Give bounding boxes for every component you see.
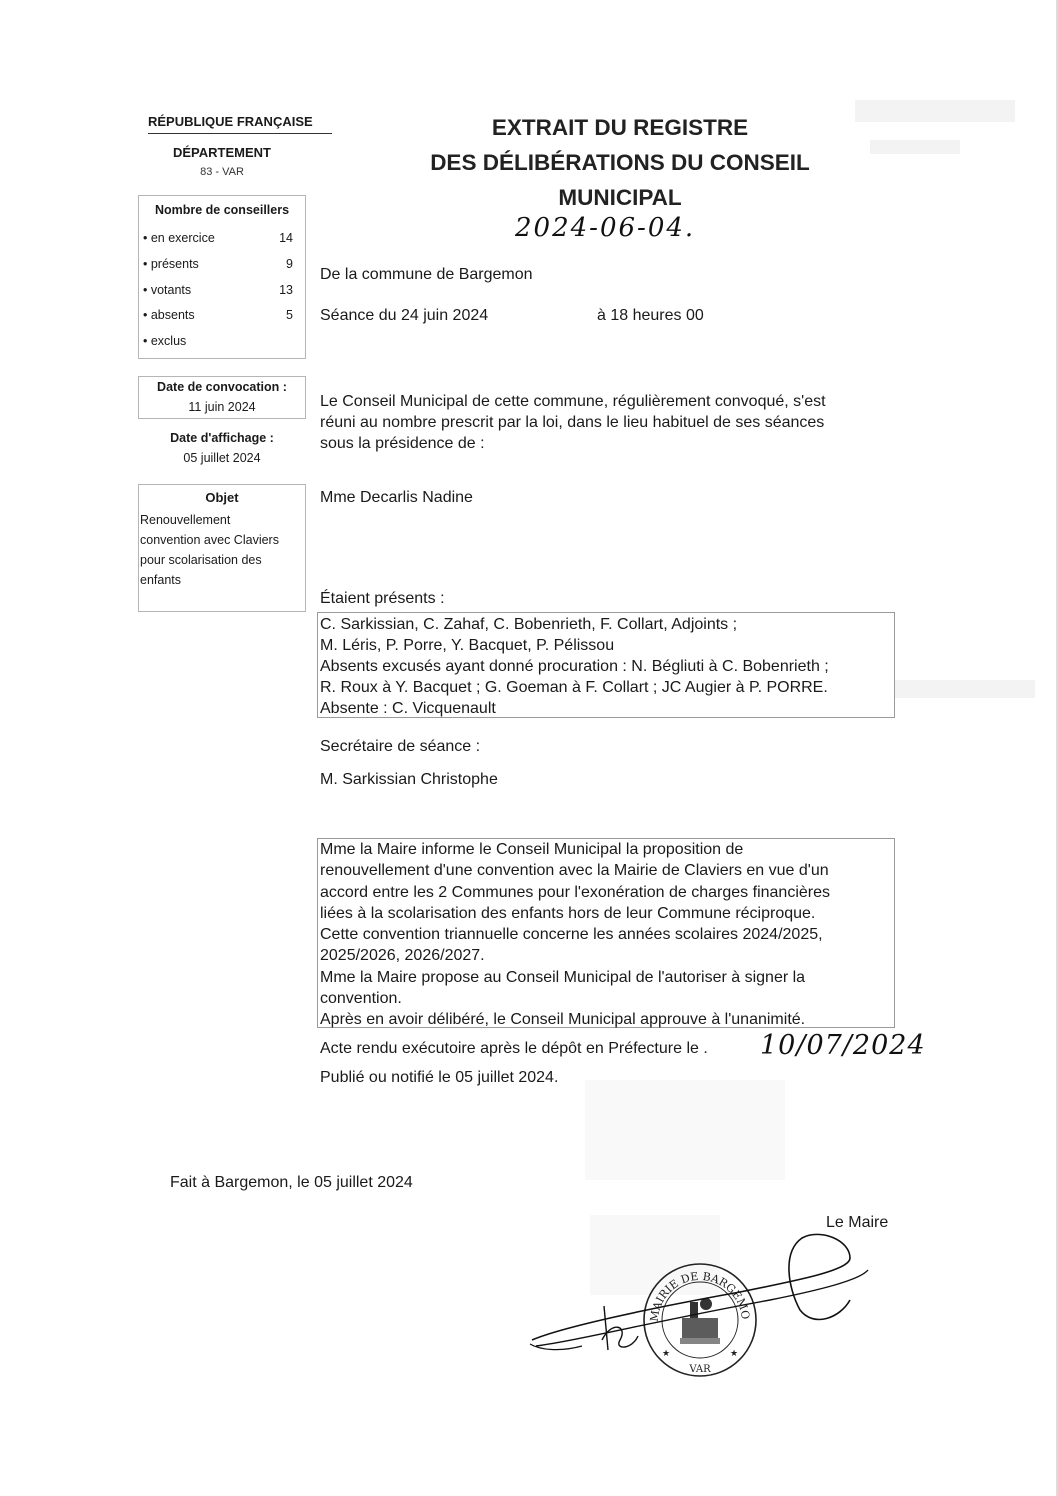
objet-line: Renouvellement: [140, 510, 306, 530]
seance-heure: à 18 heures 00: [597, 307, 704, 325]
presents-line: Absente : C. Vicquenault: [320, 698, 894, 719]
handwritten-reference: 2024-06-04.: [515, 213, 695, 243]
deliberation-line: convention.: [320, 988, 894, 1009]
deliberation-line: Mme la Maire informe le Conseil Municipa…: [320, 839, 894, 860]
affichage-date: 05 juillet 2024: [138, 451, 306, 465]
presents-line: C. Sarkissian, C. Zahaf, C. Bobenrieth, …: [320, 614, 894, 635]
row-value: 13: [279, 283, 293, 297]
row-value: 14: [279, 231, 293, 245]
commune-line: De la commune de Bargemon: [320, 266, 533, 284]
document-title: EXTRAIT DU REGISTRE DES DÉLIBÉRATIONS DU…: [330, 110, 910, 215]
intro-line: Le Conseil Municipal de cette commune, r…: [320, 391, 880, 412]
conseillers-title: Nombre de conseillers: [139, 203, 305, 217]
divider: [148, 133, 332, 134]
secretaire-name: M. Sarkissian Christophe: [320, 771, 498, 789]
conseillers-box: Nombre de conseillers • en exercice 14 •…: [138, 195, 306, 359]
presents-box: C. Sarkissian, C. Zahaf, C. Bobenrieth, …: [317, 612, 895, 718]
row-label: • absents: [143, 308, 195, 322]
presents-line: Absents excusés ayant donné procuration …: [320, 656, 894, 677]
handwritten-date: 10/07/2024: [760, 1030, 926, 1061]
title-line: EXTRAIT DU REGISTRE: [330, 110, 910, 145]
presents-line: M. Léris, P. Porre, Y. Bacquet, P. Pélis…: [320, 635, 894, 656]
deliberation-line: liées à la scolarisation des enfants hor…: [320, 903, 894, 924]
objet-text: Renouvellement convention avec Claviers …: [140, 510, 306, 590]
intro-line: réuni au nombre prescrit par la loi, dan…: [320, 412, 880, 433]
convocation-date: 11 juin 2024: [139, 400, 305, 414]
objet-line: pour scolarisation des: [140, 550, 306, 570]
scan-artifact: [585, 1080, 785, 1180]
objet-box: Objet Renouvellement convention avec Cla…: [138, 484, 306, 612]
objet-line: enfants: [140, 570, 306, 590]
secretaire-label: Secrétaire de séance :: [320, 738, 480, 756]
row-label: • présents: [143, 257, 199, 271]
row-label: • exclus: [143, 334, 186, 348]
title-line: MUNICIPAL: [330, 180, 910, 215]
deliberation-line: Mme la Maire propose au Conseil Municipa…: [320, 967, 894, 988]
intro-line: sous la présidence de :: [320, 433, 880, 454]
scan-artifact: [895, 680, 1035, 698]
row-label: • votants: [143, 283, 191, 297]
signature-scribble-icon: [520, 1200, 880, 1380]
row-label: • en exercice: [143, 231, 215, 245]
row-value: 9: [286, 257, 293, 271]
convocation-box: Date de convocation : 11 juin 2024: [138, 376, 306, 419]
fait-a-text: Fait à Bargemon, le 05 juillet 2024: [170, 1174, 413, 1192]
republique-francaise: RÉPUBLIQUE FRANÇAISE: [148, 114, 313, 129]
intro-paragraph: Le Conseil Municipal de cette commune, r…: [320, 391, 880, 454]
deliberation-box: Mme la Maire informe le Conseil Municipa…: [317, 838, 895, 1028]
presents-label: Étaient présents :: [320, 590, 445, 608]
deliberation-line: 2025/2026, 2026/2027.: [320, 945, 894, 966]
seance-date: Séance du 24 juin 2024: [320, 307, 488, 325]
executoire-text: Acte rendu exécutoire après le dépôt en …: [320, 1040, 708, 1058]
deliberation-line: Après en avoir délibéré, le Conseil Muni…: [320, 1009, 894, 1030]
objet-label: Objet: [139, 490, 305, 505]
title-line: DES DÉLIBÉRATIONS DU CONSEIL: [330, 145, 910, 180]
row-value: 5: [286, 308, 293, 322]
objet-line: convention avec Claviers: [140, 530, 306, 550]
affichage-label: Date d'affichage :: [138, 431, 306, 445]
deliberation-line: renouvellement d'une convention avec la …: [320, 860, 894, 881]
deliberation-line: Cette convention triannuelle concerne le…: [320, 924, 894, 945]
departement-label: DÉPARTEMENT: [138, 145, 306, 160]
publie-text: Publié ou notifié le 05 juillet 2024.: [320, 1069, 558, 1087]
deliberation-line: accord entre les 2 Communes pour l'exoné…: [320, 882, 894, 903]
presents-line: R. Roux à Y. Bacquet ; G. Goeman à F. Co…: [320, 677, 894, 698]
departement-code: 83 - VAR: [138, 166, 306, 178]
convocation-label: Date de convocation :: [139, 380, 305, 394]
president-name: Mme Decarlis Nadine: [320, 489, 473, 507]
